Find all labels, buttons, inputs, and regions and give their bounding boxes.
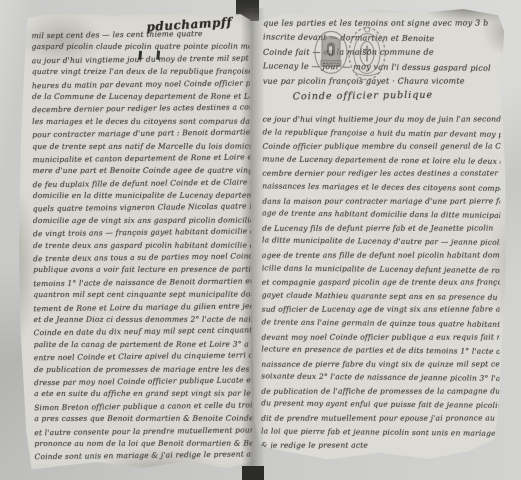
manuscript-line: sud officier de Lucenay age de vingt six…: [262, 303, 500, 317]
right-page-act-block: ce jour d'hui vingt huitieme jour du moy…: [261, 112, 501, 453]
manuscript-line: age de trente ans habitant domicilie dan…: [262, 207, 500, 223]
manuscript-line: Coinde officier publique membre du conse…: [262, 140, 500, 154]
manuscript-line: soixante deux 2° l'acte de naissance de …: [261, 370, 499, 386]
manuscript-line: pour contracter mariage d'une part : Ben…: [32, 127, 250, 142]
manuscript-line: quantron mil sept cent cinquante sept mu…: [33, 289, 251, 302]
manuscript-line: de vingt trois ans — françois gayet habi…: [33, 226, 251, 241]
manuscript-line: agee de trente ans fille de defunt noel …: [262, 248, 500, 262]
manuscript-line: mere d'une part et Benoite Coinde agee d…: [33, 165, 251, 178]
manuscript-line: cembre dernier pour rediger les actes de…: [262, 167, 500, 181]
fiscal-stamp-arched-icon: [314, 30, 348, 78]
fiscal-stamp-cartouche-icon: [347, 25, 387, 85]
page-gutter-shadow: [241, 8, 265, 466]
manuscript-line: du present moy ayant enfui que puisse fa…: [261, 397, 499, 413]
manuscript-line: ce jour d'hui vingt huitieme jour du moy…: [263, 113, 501, 127]
manuscript-line: a pres casses que Benoit dormartien & Be…: [34, 413, 252, 426]
manuscript-line: Coinde sont unis en mariage & j'ai redig…: [34, 449, 252, 464]
manuscript-line: lecture en presence de parties et de dit…: [261, 342, 499, 358]
manuscript-line: & je redige le present acte: [261, 439, 499, 453]
manuscript-scan: mil sept cent des — les cent thieme quat…: [0, 0, 521, 480]
manuscript-line: et compagnie gaspard picolin age de tren…: [262, 276, 500, 290]
manuscript-line: entre noel Coinde et Claire apivel du ci…: [34, 350, 252, 365]
left-page-text-block: mil sept cent des — les cent thieme quat…: [32, 28, 253, 463]
manuscript-line: la ditte municipalite de Lucenay d'autre…: [262, 234, 500, 250]
manuscript-line: de trente ans l'aine germain de quinze t…: [262, 315, 500, 331]
manuscript-line: quatre vingt treize l'an deux de la repu…: [32, 66, 250, 79]
officer-signature-line: Coinde officier publique: [293, 90, 434, 103]
binding-spine-bottom: [242, 466, 264, 480]
manuscript-line: dit de prendre mutuellement pour epouse …: [261, 412, 499, 426]
manuscript-line: naissances les mariages et le deces des …: [262, 179, 500, 195]
manuscript-line: devant moy noel Coinde officier publique…: [261, 330, 499, 344]
